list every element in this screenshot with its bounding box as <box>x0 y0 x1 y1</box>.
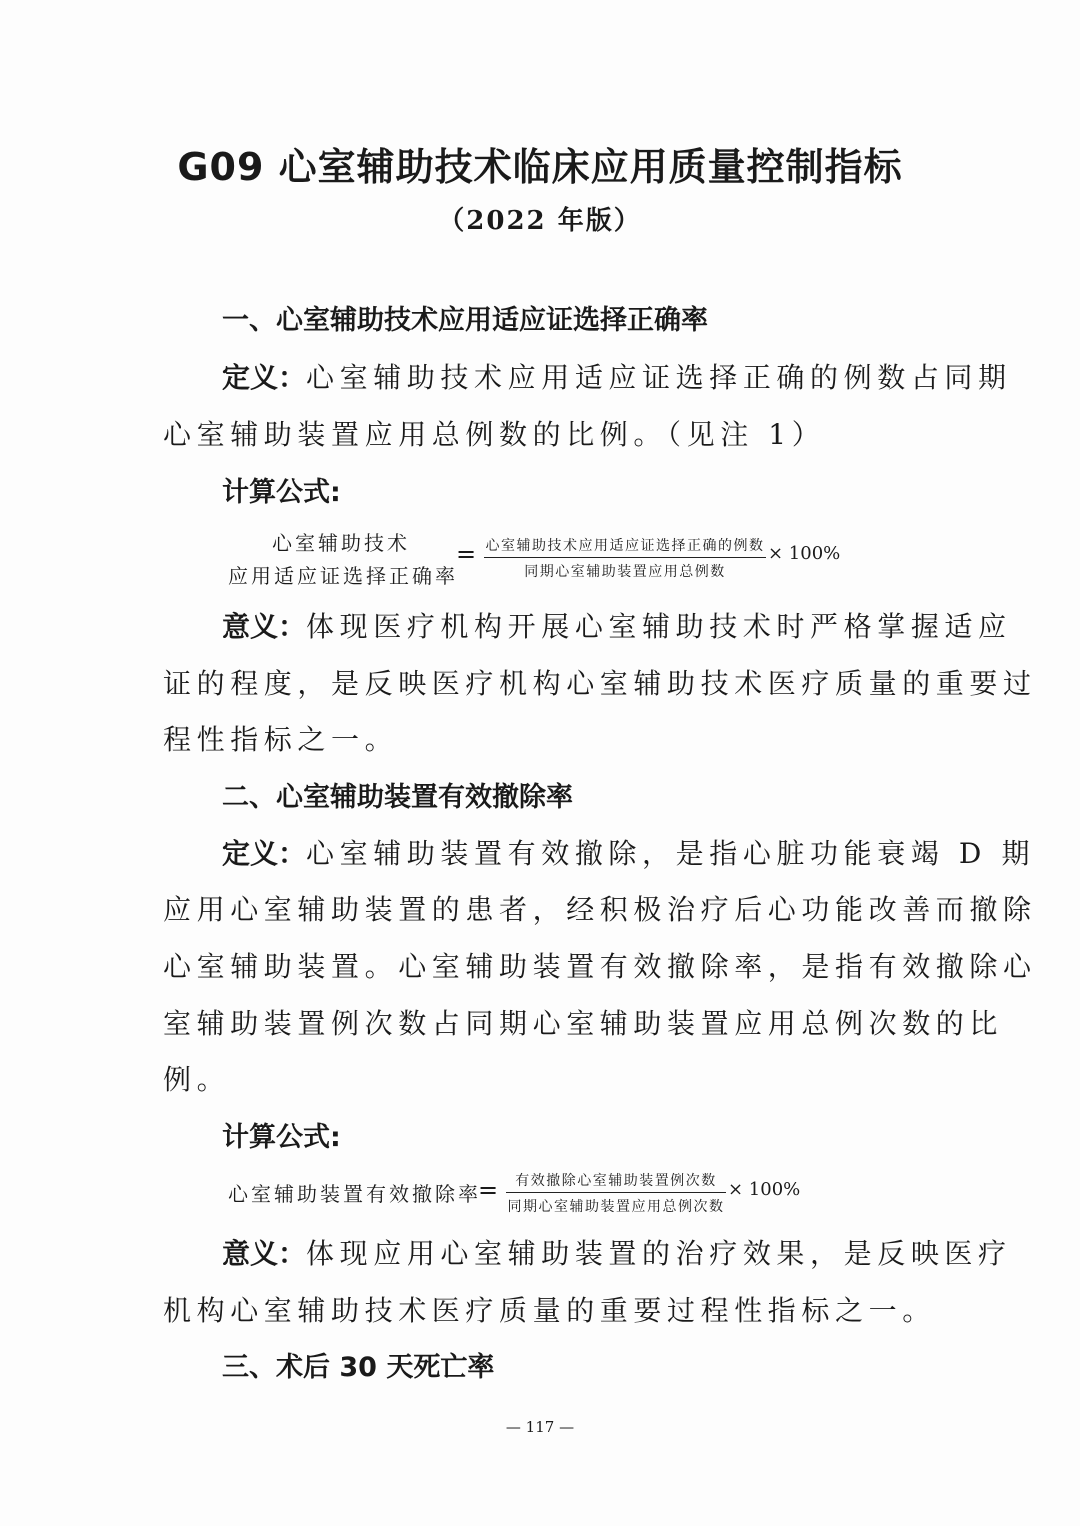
formula-2-multiplier: × 100% <box>728 1179 800 1200</box>
formula-1-denominator: 同期心室辅助装置应用总例数 <box>484 558 766 581</box>
page-number: — 117 — <box>0 1418 1080 1436</box>
section-1-definition-line-1: 定义：心室辅助技术应用适应证选择正确的例数占同期 <box>222 356 915 396</box>
section-1-significance-line-3: 程性指标之一。 <box>163 718 915 758</box>
section-1-heading: 一、心室辅助技术应用适应证选择正确率 <box>222 298 708 337</box>
formula-1-fraction: 心室辅助技术应用适应证选择正确的例数 同期心室辅助装置应用总例数 <box>484 535 766 581</box>
definition-text: 心室辅助装置有效撤除，是指心脏功能衰竭 D 期 <box>306 837 1035 870</box>
definition-label: 定义： <box>222 837 306 870</box>
formula-1-numerator: 心室辅助技术应用适应证选择正确的例数 <box>484 535 766 557</box>
significance-label: 意义： <box>222 610 306 643</box>
formula-2-lhs: 心室辅助装置有效撤除率 <box>228 1178 481 1207</box>
section-2-definition-line-5: 例。 <box>163 1058 915 1098</box>
significance-label: 意义： <box>222 1237 306 1270</box>
section-2-definition-line-3: 心室辅助装置。心室辅助装置有效撤除率，是指有效撤除心 <box>163 945 915 985</box>
section-2-significance-line-1: 意义：体现应用心室辅助装置的治疗效果，是反映医疗 <box>222 1232 915 1272</box>
section-3-heading: 三、术后 30 天死亡率 <box>222 1345 494 1384</box>
formula-2-equals: = <box>478 1176 498 1204</box>
formula-2-numerator: 有效撤除心室辅助装置例次数 <box>506 1170 726 1192</box>
section-1-formula-label: 计算公式: <box>222 470 341 509</box>
definition-label: 定义： <box>222 361 306 394</box>
section-2-definition-line-4: 室辅助装置例次数占同期心室辅助装置应用总例次数的比 <box>163 1002 915 1042</box>
significance-text: 体现应用心室辅助装置的治疗效果，是反映医疗 <box>306 1237 1012 1270</box>
document-subtitle: （2022 年版） <box>0 200 1080 237</box>
formula-1-lhs-line-2: 应用适应证选择正确率 <box>228 560 458 589</box>
document-title: G09 心室辅助技术临床应用质量控制指标 <box>0 136 1080 191</box>
formula-2-denominator: 同期心室辅助装置应用总例次数 <box>506 1193 726 1216</box>
definition-text: 心室辅助技术应用适应证选择正确的例数占同期 <box>306 361 1012 394</box>
section-1-significance-line-2: 证的程度，是反映医疗机构心室辅助技术医疗质量的重要过 <box>163 662 915 702</box>
section-2-heading: 二、心室辅助装置有效撤除率 <box>222 775 573 814</box>
formula-2-fraction: 有效撤除心室辅助装置例次数 同期心室辅助装置应用总例次数 <box>506 1170 726 1216</box>
section-2-significance-line-2: 机构心室辅助技术医疗质量的重要过程性指标之一。 <box>163 1289 915 1329</box>
section-1-significance-line-1: 意义：体现医疗机构开展心室辅助技术时严格掌握适应 <box>222 605 915 645</box>
formula-1-equals: = <box>456 540 476 568</box>
formula-1-multiplier: × 100% <box>768 543 840 564</box>
section-1-definition-line-2: 心室辅助装置应用总例数的比例。（见注 1） <box>163 413 915 453</box>
section-2-formula-label: 计算公式: <box>222 1115 341 1154</box>
section-2-definition-line-1: 定义：心室辅助装置有效撤除，是指心脏功能衰竭 D 期 <box>222 832 915 872</box>
document-page: G09 心室辅助技术临床应用质量控制指标 （2022 年版） 一、心室辅助技术应… <box>0 0 1080 1526</box>
section-2-definition-line-2: 应用心室辅助装置的患者，经积极治疗后心功能改善而撤除 <box>163 888 915 928</box>
formula-1-lhs-line-1: 心室辅助技术 <box>272 527 410 556</box>
significance-text: 体现医疗机构开展心室辅助技术时严格掌握适应 <box>306 610 1012 643</box>
